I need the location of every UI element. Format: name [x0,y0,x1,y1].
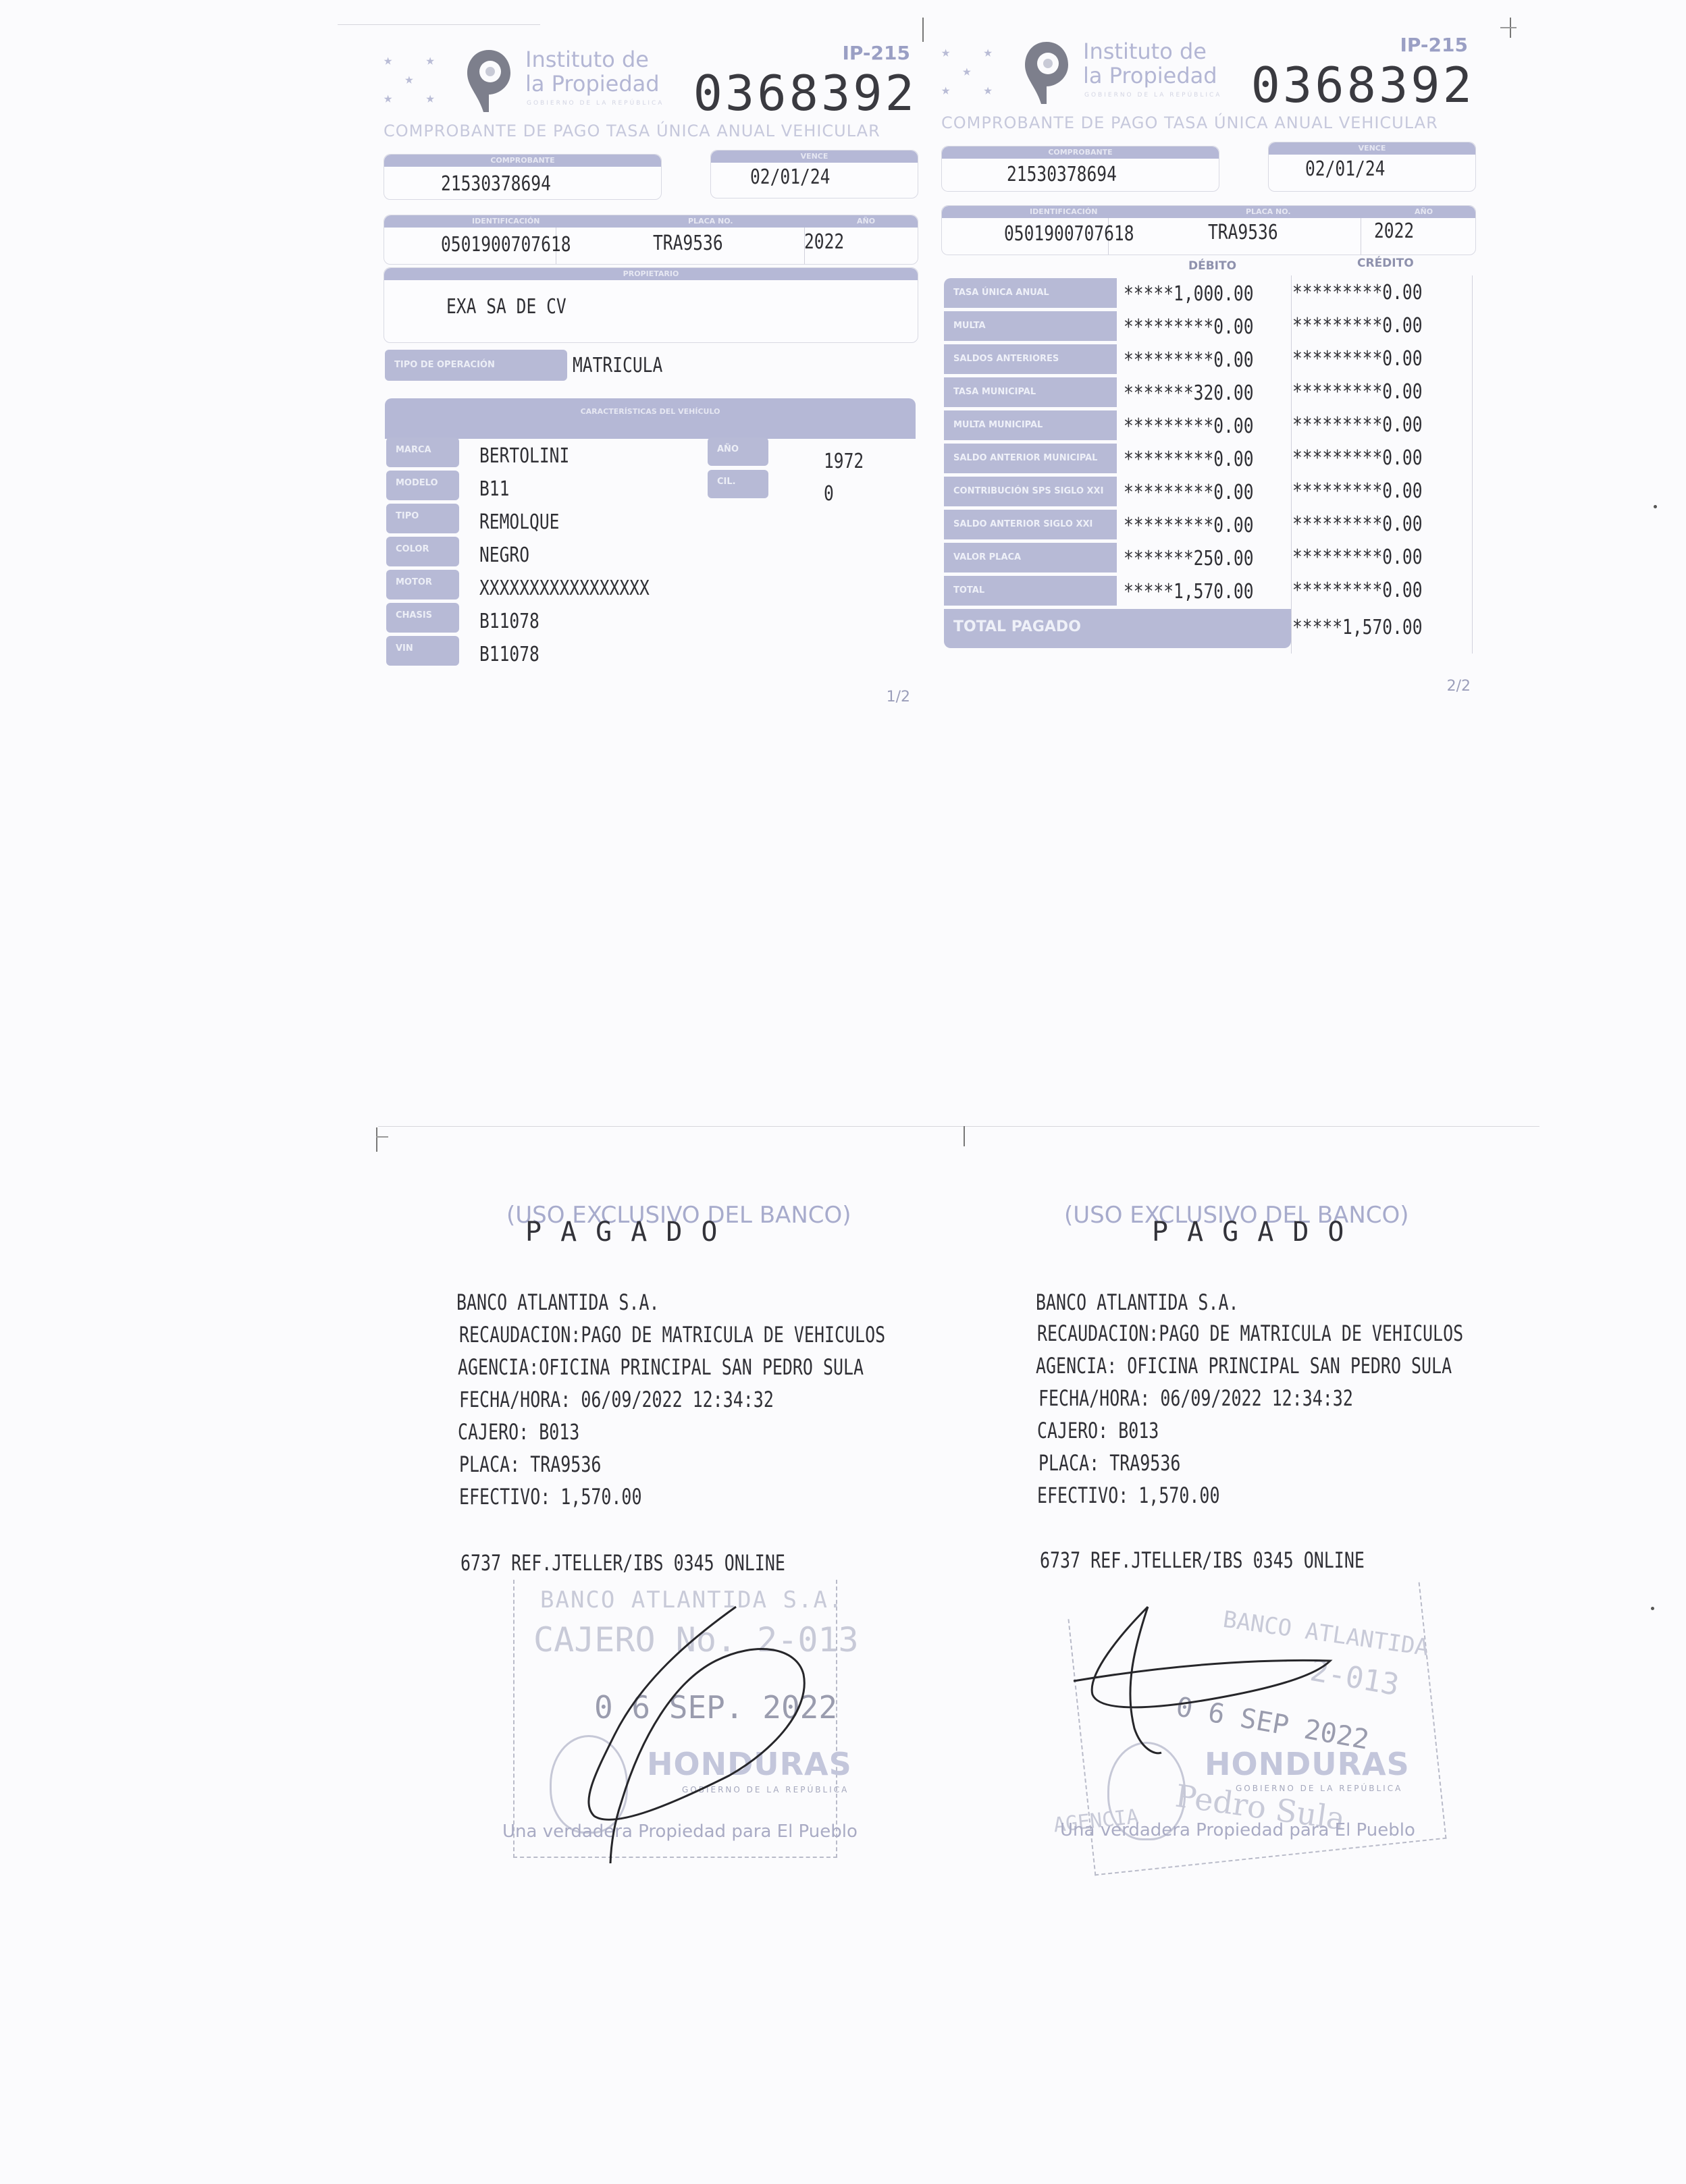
credito-amount: *********0.00 [1292,545,1423,569]
debito-amount: *********0.00 [1124,514,1254,537]
amount-row-label: CONTRIBUCIÓN SPS SIGLO XXI [944,477,1117,506]
agency: AGENCIA: OFICINA PRINCIPAL SAN PEDRO SUL… [1036,1353,1452,1379]
vehicle-value-vin: B11078 [479,643,539,666]
transaction-reference: 6737 REF.JTELLER/IBS 0345 ONLINE [460,1550,785,1576]
vehicle-value-modelo: B11 [479,477,509,501]
credito-amount: *********0.00 [1292,347,1423,371]
scan-edge-line [338,24,540,25]
institution-subtitle: GOBIERNO DE LA REPÚBLICA [527,100,664,107]
divider [1291,275,1292,654]
paid-status: PAGADO [1152,1217,1363,1248]
comprobante-box: COMPROBANTE 21530378694 [941,146,1219,192]
vehicle-value-marca: BERTOLINI [479,444,569,468]
propietario-label: PROPIETARIO [384,268,918,280]
paid-status: PAGADO [525,1217,737,1248]
receipt-page-1: ★ ★ ★★ ★ Instituto de la Propiedad GOBIE… [384,27,917,716]
amount-row-label: SALDOS ANTERIORES [944,344,1117,374]
scan-edge-line [378,1126,1539,1127]
tipo-operacion-label: TIPO DE OPERACIÓN [385,350,567,381]
cash-amount: EFECTIVO: 1,570.00 [459,1484,641,1510]
debito-amount: *****1,570.00 [1124,580,1254,604]
identificacion-value: 0501900707618 [441,233,571,257]
amount-row-label: MULTA MUNICIPAL [944,410,1117,440]
comprobante-value: 21530378694 [1007,163,1117,186]
credito-amount: *********0.00 [1292,579,1423,602]
anio-vehiculo-label: AÑO [708,437,768,466]
cashier: CAJERO: B013 [1037,1418,1159,1443]
credito-amount: *********0.00 [1292,413,1423,437]
amount-row-label: SALDO ANTERIOR MUNICIPAL [944,444,1117,473]
form-number: 0368392 [1251,57,1475,113]
debito-amount: *********0.00 [1124,481,1254,504]
vehicle-value-chasis: B11078 [479,610,539,633]
motto: Una verdadera Propiedad para El Pueblo [1060,1820,1415,1840]
identification-header: IDENTIFICACIÓN PLACA NO. AÑO [384,215,918,228]
debito-amount: *********0.00 [1124,315,1254,339]
credito-amount: *********0.00 [1292,314,1423,338]
divider [1361,218,1361,255]
debito-amount: *******250.00 [1124,547,1254,570]
credito-header: CRÉDITO [1357,257,1414,270]
institution-name: Instituto de la Propiedad [525,47,660,96]
bank-receipt-right: (USO EXCLUSIVO DEL BANCO) PAGADO BANCO A… [1033,1202,1573,1877]
tipo-operacion-value: MATRICULA [573,354,662,377]
institution-subtitle: GOBIERNO DE LA REPÚBLICA [1084,92,1221,99]
total-pagado-bar: TOTAL PAGADO [944,609,1291,648]
signature-icon [1060,1593,1371,1755]
registration-mark [376,1136,388,1138]
form-number: 0368392 [693,65,917,122]
debito-amount: *********0.00 [1124,448,1254,471]
anio-value: 2022 [1374,219,1414,243]
stars-icon: ★ ★ ★★ ★ [384,51,458,112]
vehicle-value-motor: XXXXXXXXXXXXXXXXX [479,577,650,600]
comprobante-label: COMPROBANTE [384,155,661,167]
date-time: FECHA/HORA: 06/09/2022 12:34:32 [1038,1385,1353,1411]
credito-amount: *********0.00 [1292,512,1423,536]
signature-icon [554,1600,851,1870]
bank-name: BANCO ATLANTIDA S.A. [456,1289,660,1315]
agency: AGENCIA:OFICINA PRINCIPAL SAN PEDRO SULA [458,1354,864,1380]
form-code: IP-215 [1400,34,1468,56]
comprobante-value: 21530378694 [441,172,551,196]
page-indicator: 1/2 [887,689,910,705]
transaction-reference: 6737 REF.JTELLER/IBS 0345 ONLINE [1040,1547,1365,1573]
gobierno-label: GOBIERNO DE LA REPÚBLICA [1236,1784,1402,1793]
debito-header: DÉBITO [1188,259,1236,273]
anio-value: 2022 [804,230,844,254]
vence-value: 02/01/24 [750,165,830,189]
vehicle-label-modelo: MODELO [386,471,459,500]
credito-amount: *********0.00 [1292,479,1423,503]
scan-speck [1654,505,1657,508]
cash-amount: EFECTIVO: 1,570.00 [1037,1483,1219,1508]
caracteristicas-label: CARACTERÍSTICAS DEL VEHÍCULO [385,398,916,439]
document-title: COMPROBANTE DE PAGO TASA ÚNICA ANUAL VEH… [384,122,917,140]
registration-mark [1500,27,1517,28]
bank-receipt-left: (USO EXCLUSIVO DEL BANCO) PAGADO BANCO A… [432,1202,972,1877]
amount-row-label: SALDO ANTERIOR SIGLO XXI [944,510,1117,539]
debito-amount: *********0.00 [1124,348,1254,372]
collection-type: RECAUDACION:PAGO DE MATRICULA DE VEHICUL… [459,1322,885,1348]
divider [1472,275,1473,654]
vehicle-label-motor: MOTOR [386,570,459,600]
registration-mark [964,1126,965,1146]
amount-row-label: TASA MUNICIPAL [944,377,1117,407]
vence-label: VENCE [1269,142,1475,155]
caracteristicas-box: CARACTERÍSTICAS DEL VEHÍCULO [385,398,916,668]
institute-logo-icon [463,47,515,115]
identification-header: IDENTIFICACIÓN PLACA NO. AÑO [942,206,1475,218]
identificacion-value: 0501900707618 [1004,222,1134,246]
identification-box: IDENTIFICACIÓN PLACA NO. AÑO 05019007076… [384,215,918,265]
vehicle-label-marca: MARCA [386,437,459,467]
identification-box: IDENTIFICACIÓN PLACA NO. AÑO 05019007076… [941,205,1476,255]
credito-amount: *********0.00 [1292,380,1423,404]
credito-amount: *********0.00 [1292,281,1423,304]
placa-value: TRA9536 [1208,221,1278,244]
registration-mark [376,1127,377,1152]
propietario-value: EXA SA DE CV [446,295,567,319]
cilindros-label: CIL. [708,470,768,498]
total-pagado-value: *****1,570.00 [1292,616,1423,639]
credito-amount: *********0.00 [1292,446,1423,470]
cashier: CAJERO: B013 [458,1419,579,1445]
propietario-box: PROPIETARIO EXA SA DE CV [384,267,918,343]
comprobante-label: COMPROBANTE [942,147,1219,159]
cilindros-value: 0 [824,482,834,506]
debito-amount: *****1,000.00 [1124,282,1254,306]
receipt-page-2: ★ ★ ★★ ★ Instituto de la Propiedad GOBIE… [941,19,1475,708]
amount-row-label: VALOR PLACA [944,543,1117,572]
vehicle-value-color: NEGRO [479,543,529,567]
plate: PLACA: TRA9536 [459,1451,601,1477]
amount-row-label: TOTAL [944,576,1117,606]
date-time: FECHA/HORA: 06/09/2022 12:34:32 [459,1387,774,1412]
vence-label: VENCE [711,151,918,163]
placa-value: TRA9536 [653,232,723,255]
stars-icon: ★ ★ ★★ ★ [941,43,1016,104]
vence-box: VENCE 02/01/24 [710,150,918,198]
document-title: COMPROBANTE DE PAGO TASA ÚNICA ANUAL VEH… [941,113,1475,132]
vehicle-value-tipo: REMOLQUE [479,510,559,534]
debito-amount: *******320.00 [1124,381,1254,405]
vehicle-label-tipo: TIPO [386,504,459,533]
scan-speck [1651,1607,1654,1610]
vehicle-label-vin: VIN [386,636,459,666]
registration-mark [922,18,924,42]
form-code: IP-215 [842,42,910,64]
debito-amount: *********0.00 [1124,415,1254,438]
vence-value: 02/01/24 [1305,157,1385,181]
comprobante-box: COMPROBANTE 21530378694 [384,154,662,200]
amount-row-label: MULTA [944,311,1117,341]
institution-name: Instituto de la Propiedad [1083,39,1217,88]
vehicle-label-chasis: CHASIS [386,603,459,633]
plate: PLACA: TRA9536 [1038,1450,1180,1476]
collection-type: RECAUDACION:PAGO DE MATRICULA DE VEHICUL… [1037,1321,1463,1346]
vehicle-label-color: COLOR [386,537,459,566]
total-pagado-label: TOTAL PAGADO [953,618,1081,635]
institute-logo-icon [1021,39,1072,107]
amount-row-label: TASA ÚNICA ANUAL [944,278,1117,308]
page-indicator: 2/2 [1447,678,1471,695]
bank-name: BANCO ATLANTIDA S.A. [1036,1289,1239,1315]
vence-box: VENCE 02/01/24 [1268,142,1476,192]
anio-vehiculo-value: 1972 [824,450,864,473]
